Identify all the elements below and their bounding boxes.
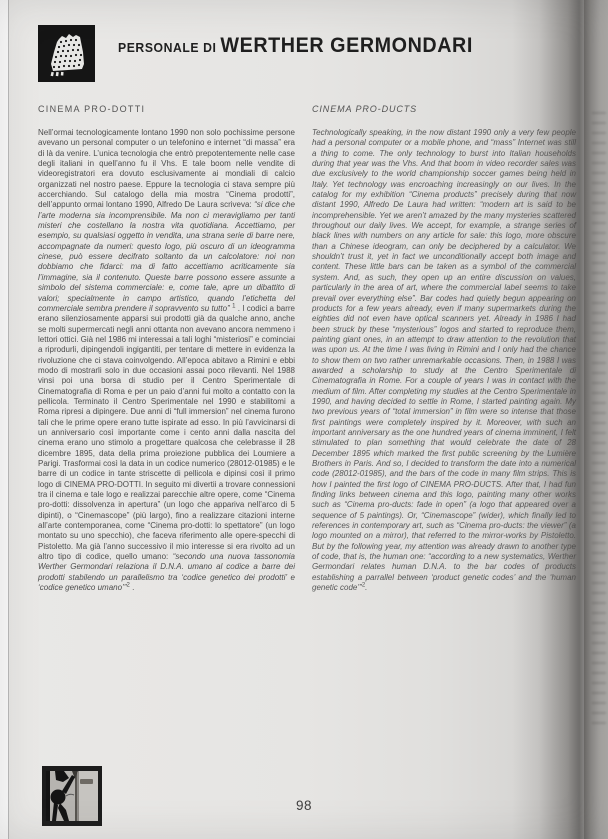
scan-left-margin [0, 0, 9, 839]
scanned-page: PERSONALE DI WERTHER GERMONDARI CINEMA P… [0, 0, 608, 839]
italian-heading: CINEMA PRO-DOTTI [38, 104, 295, 114]
header-kicker: PERSONALE DI [118, 40, 220, 55]
english-text: Technologically speaking, in the now dis… [312, 128, 576, 593]
cinema-products-logo-icon [38, 25, 95, 82]
adjacent-page-blurred-text [592, 112, 606, 732]
italian-column: CINEMA PRO-DOTTI Nell’ormai tecnologicam… [38, 104, 295, 593]
page-title: WERTHER GERMONDARI [220, 34, 473, 57]
english-column: CINEMA PRO-DUCTS Technologically speakin… [312, 104, 576, 593]
page-header: PERSONALE DI WERTHER GERMONDARI [118, 34, 473, 58]
italian-text: Nell’ormai tecnologicamente lontano 1990… [38, 128, 295, 593]
film-still-thumbnail [42, 766, 102, 826]
english-heading: CINEMA PRO-DUCTS [312, 104, 576, 114]
page-number: 98 [284, 798, 324, 813]
